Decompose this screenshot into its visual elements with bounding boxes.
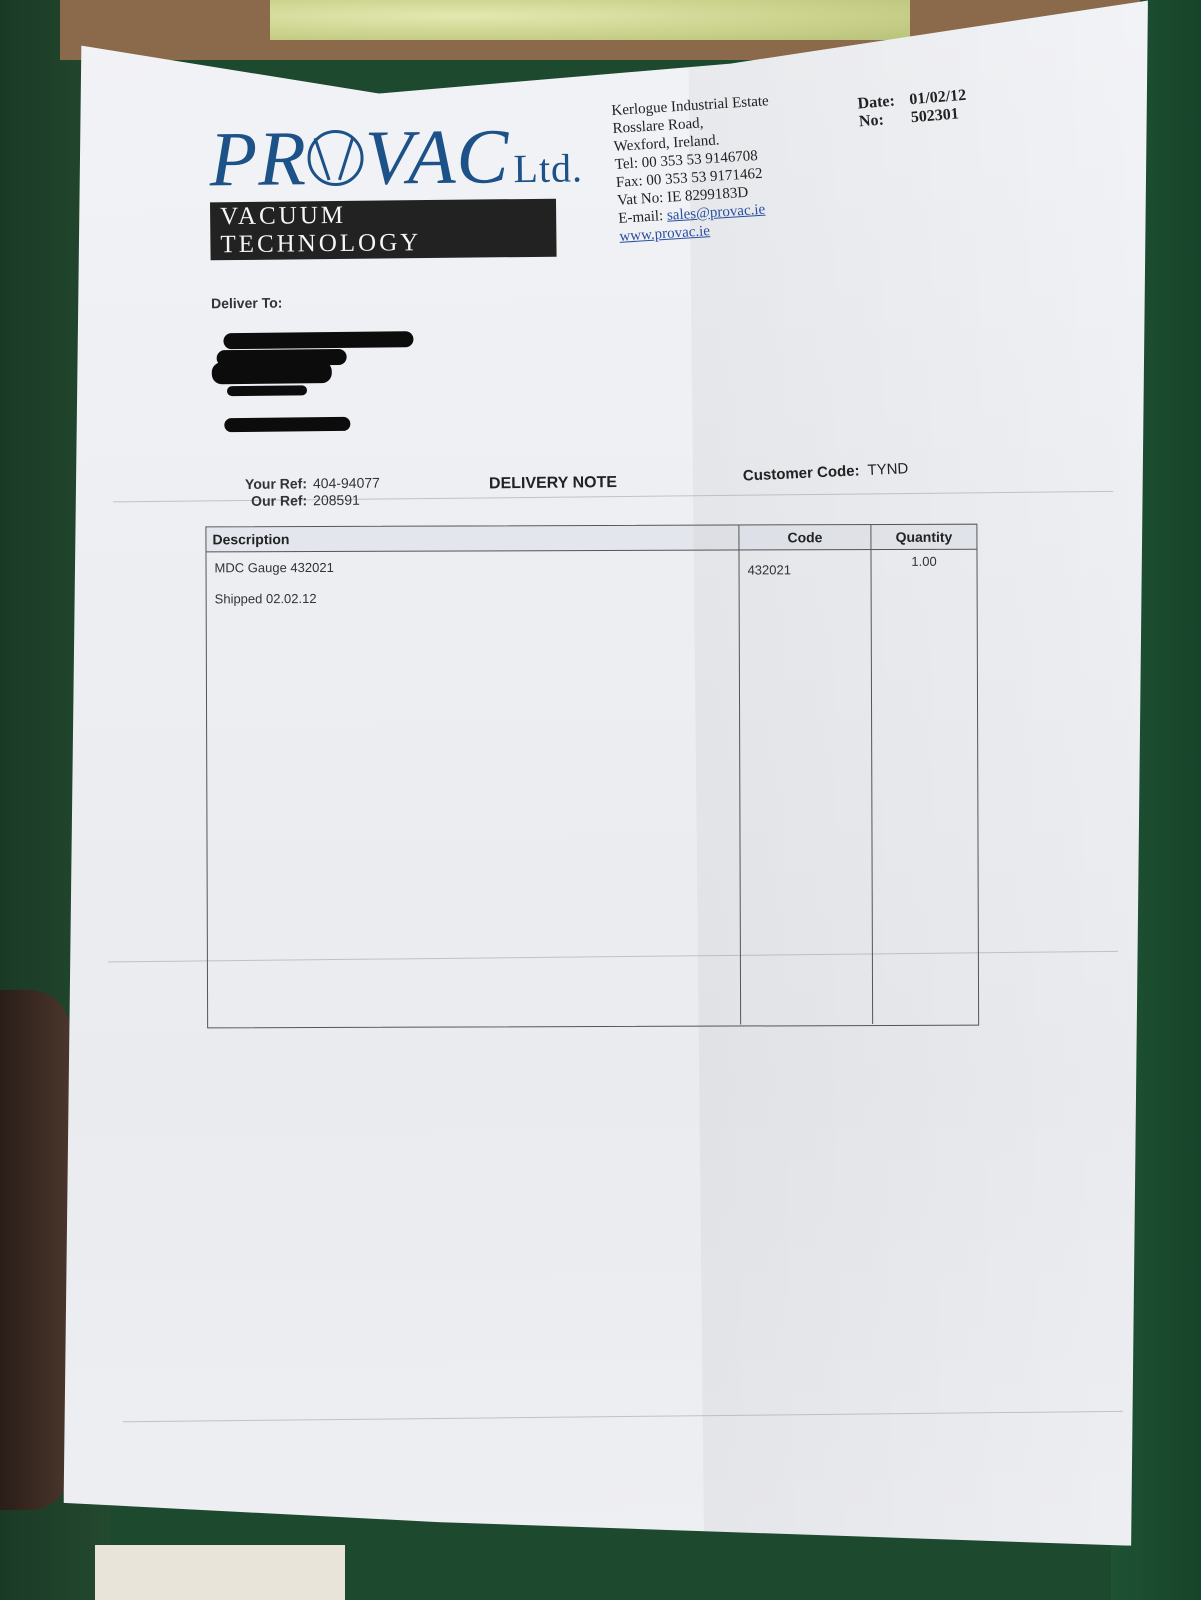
header-quantity: Quantity xyxy=(870,525,976,549)
website-link[interactable]: www.provac.ie xyxy=(619,223,710,245)
valve-circle-icon xyxy=(308,130,365,187)
date-value: 01/02/12 xyxy=(909,87,967,109)
logo-tagline: VACUUM TECHNOLOGY xyxy=(210,199,557,261)
customer-code-value: TYND xyxy=(867,460,909,479)
number-value: 502301 xyxy=(910,105,959,126)
customer-code: Customer Code:TYND xyxy=(743,460,909,484)
references: Your Ref:404-94077 Our Ref:208591 xyxy=(233,475,380,511)
packing-foam xyxy=(270,0,910,40)
your-ref-label: Your Ref: xyxy=(233,475,307,493)
items-table: Description Code Quantity MDC Gauge 4320… xyxy=(205,524,979,1029)
header-description: Description xyxy=(206,526,738,552)
shipped-note: Shipped 02.02.12 xyxy=(215,590,731,607)
customer-code-label: Customer Code: xyxy=(743,462,860,484)
table-row: MDC Gauge 432021 Shipped 02.02.12 432021… xyxy=(206,550,978,1027)
delivery-note-paper: PRVACLtd. VACUUM TECHNOLOGY Kerlogue Ind… xyxy=(48,0,1164,1556)
our-ref-label: Our Ref: xyxy=(233,492,307,510)
underlying-paper xyxy=(95,1545,345,1600)
deliver-to-label: Deliver To: xyxy=(211,295,282,312)
cell-description: MDC Gauge 432021 Shipped 02.02.12 xyxy=(206,551,740,1027)
cell-quantity: 1.00 xyxy=(870,550,978,1024)
header-code: Code xyxy=(738,525,870,549)
date-number-block: Date:01/02/12 No:502301 xyxy=(857,87,968,132)
hand xyxy=(0,990,70,1510)
item-description: MDC Gauge 432021 xyxy=(215,559,731,576)
table-header: Description Code Quantity xyxy=(206,525,976,553)
document-title: DELIVERY NOTE xyxy=(489,474,617,493)
number-label: No: xyxy=(858,109,911,131)
cell-code: 432021 xyxy=(738,550,872,1024)
your-ref-value: 404-94077 xyxy=(313,475,380,492)
company-logo: PRVACLtd. VACUUM TECHNOLOGY xyxy=(209,116,584,260)
logo-wordmark: PRVACLtd. xyxy=(209,116,583,198)
company-address: Kerlogue Industrial Estate Rosslare Road… xyxy=(611,92,777,246)
fold-line-bottom xyxy=(123,1411,1123,1422)
our-ref-value: 208591 xyxy=(313,492,360,508)
